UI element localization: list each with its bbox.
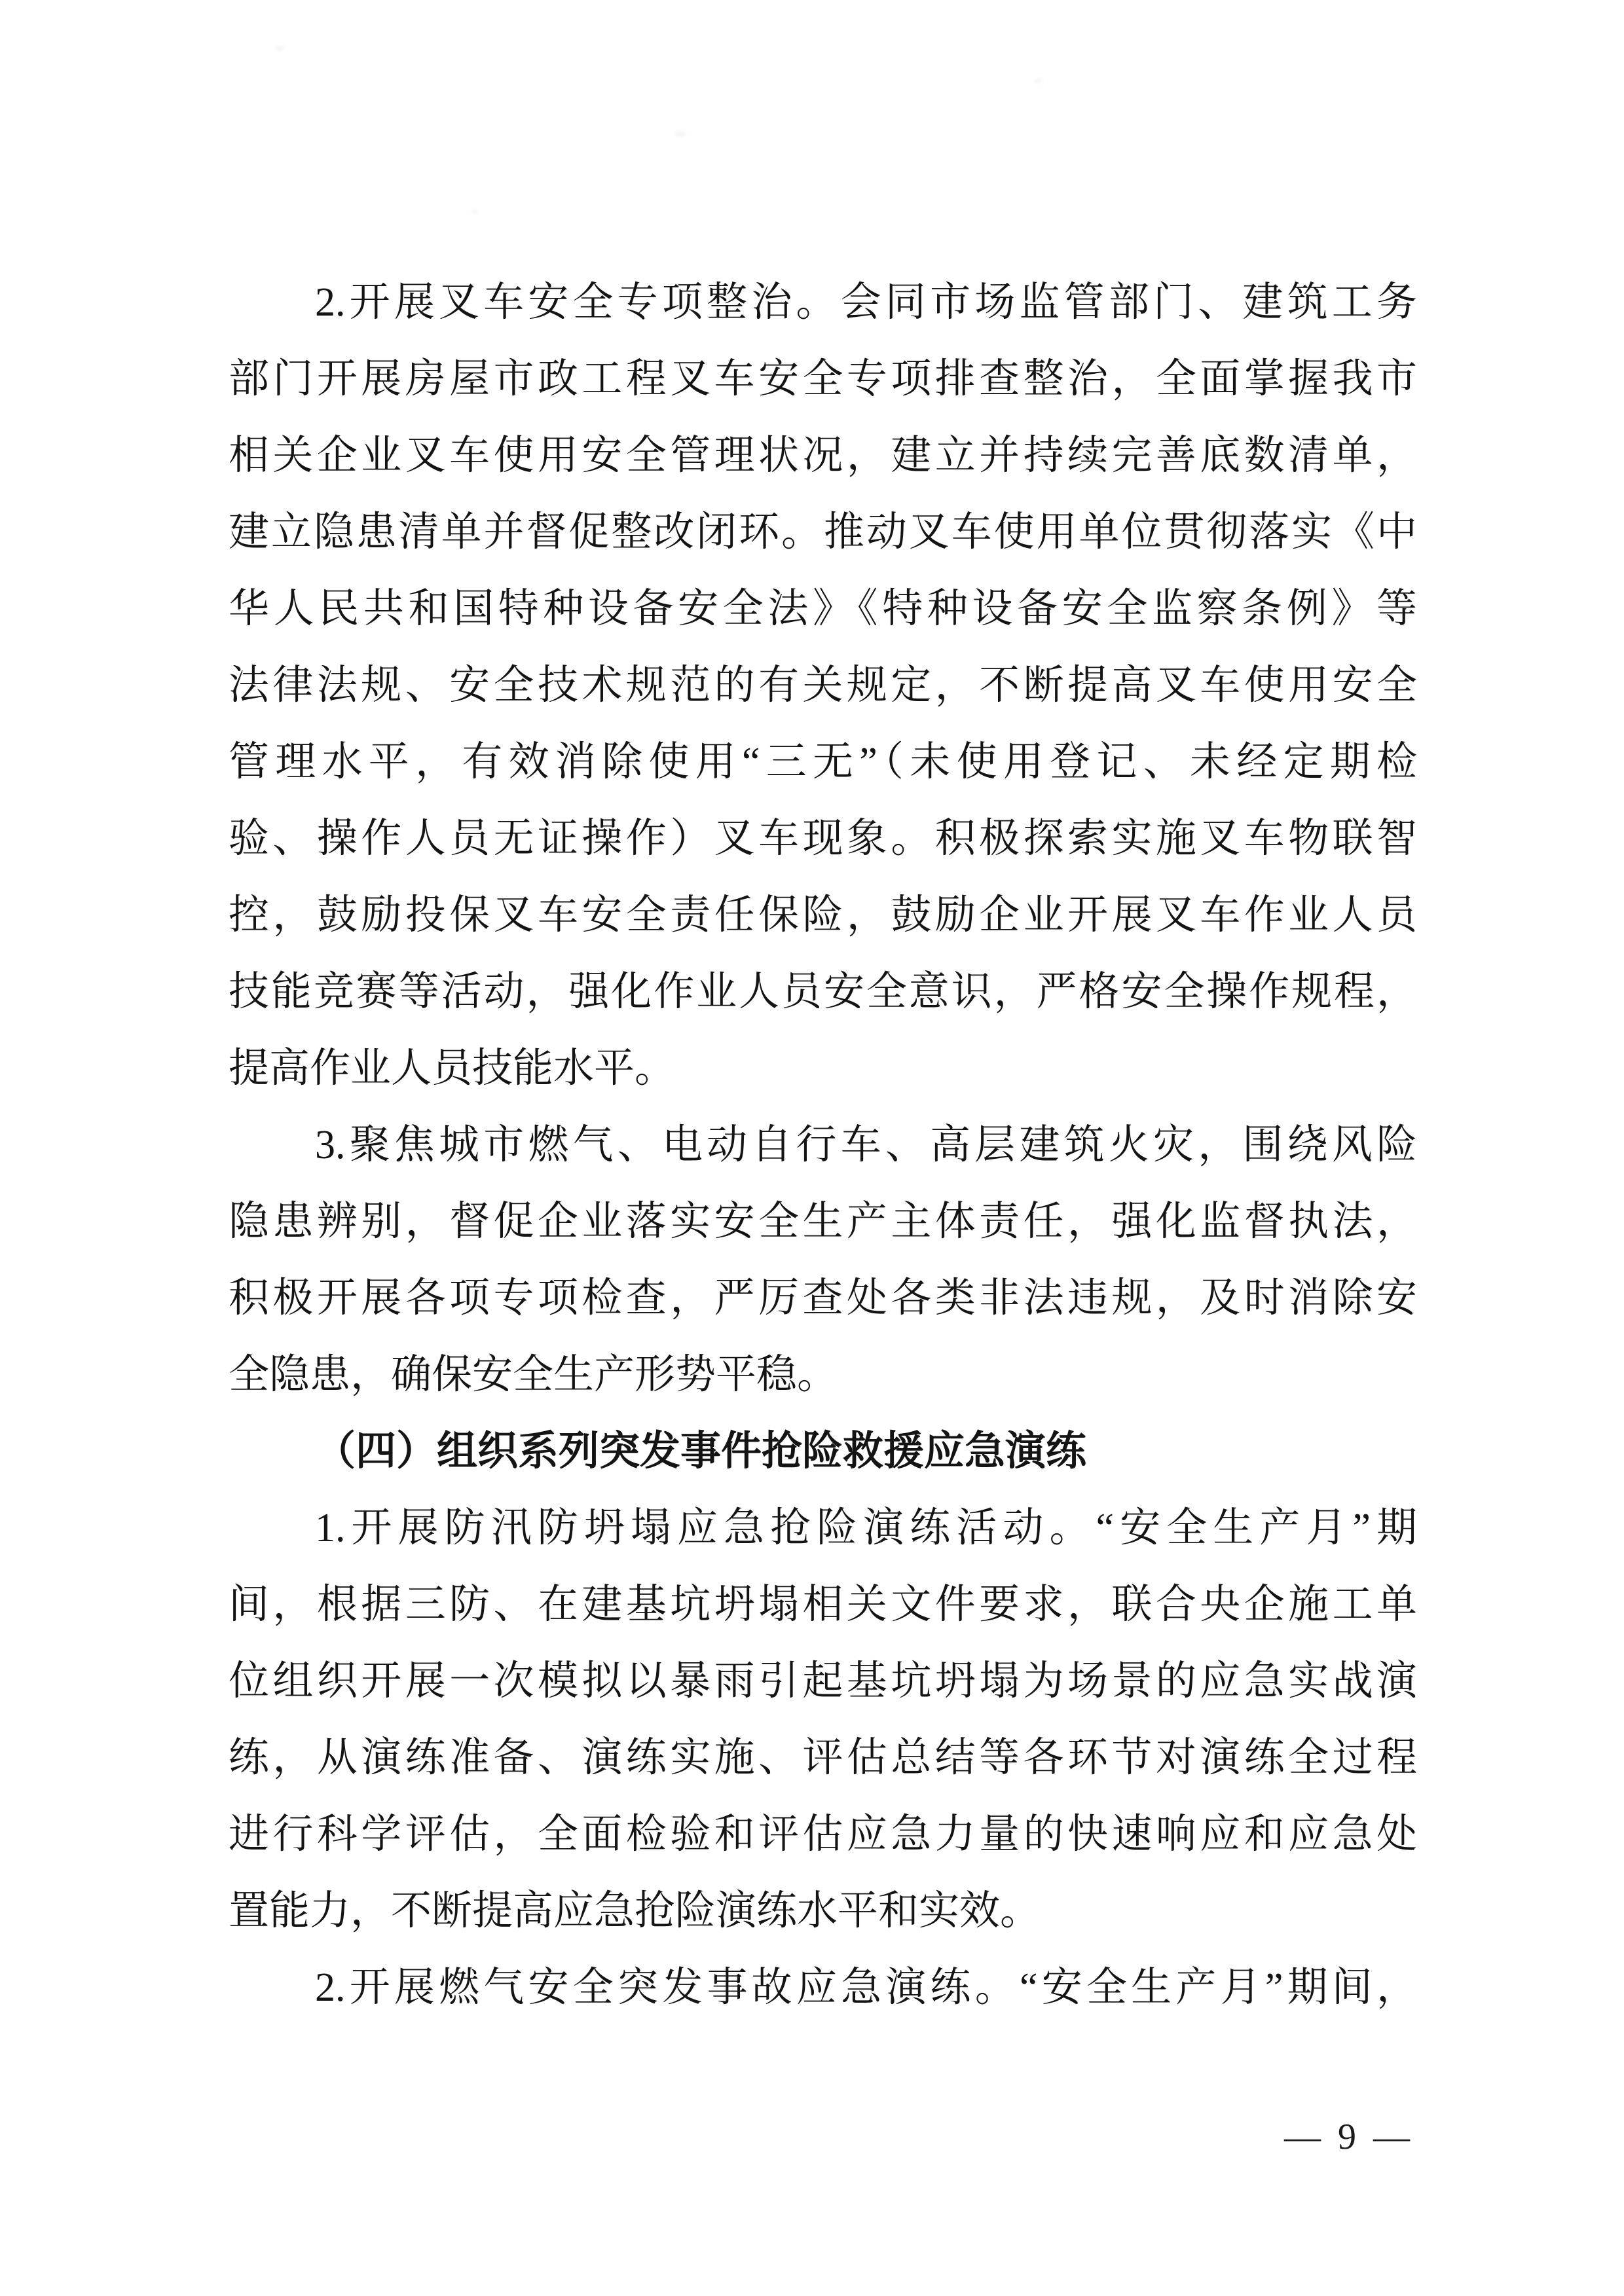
text-line: 2.开展叉车安全专项整治。会同市场监管部门、建筑工务 [229, 264, 1417, 341]
text-line: 提高作业人员技能水平。 [229, 1030, 1417, 1107]
text-line: 控，鼓励投保叉车安全责任保险，鼓励企业开展叉车作业人员 [229, 877, 1417, 954]
text-line: 位组织开展一次模拟以暴雨引起基坑坍塌为场景的应急实战演 [229, 1643, 1417, 1720]
scan-artifact [471, 210, 478, 213]
page-number: — 9 — [1261, 2116, 1437, 2158]
section-heading: （四）组织系列突发事件抢险救援应急演练 [229, 1413, 1417, 1490]
text-line: 3.聚焦城市燃气、电动自行车、高层建筑火灾，围绕风险 [229, 1107, 1417, 1184]
text-line: 2.开展燃气安全突发事故应急演练。“安全生产月”期间， [229, 1950, 1417, 2026]
text-line: 验、操作人员无证操作）叉车现象。积极探索实施叉车物联智 [229, 801, 1417, 877]
text-line: 相关企业叉车使用安全管理状况，建立并持续完善底数清单， [229, 418, 1417, 494]
text-line: 技能竞赛等活动，强化作业人员安全意识，严格安全操作规程， [229, 954, 1417, 1030]
text-line: 间，根据三防、在建基坑坍塌相关文件要求，联合央企施工单 [229, 1567, 1417, 1643]
document-page: 2.开展叉车安全专项整治。会同市场监管部门、建筑工务 部门开展房屋市政工程叉车安… [0, 0, 1624, 2296]
document-body: 2.开展叉车安全专项整治。会同市场监管部门、建筑工务 部门开展房屋市政工程叉车安… [229, 264, 1417, 2026]
scan-artifact [275, 46, 284, 51]
text-line: 全隐患，确保安全生产形势平稳。 [229, 1337, 1417, 1413]
text-line: 部门开展房屋市政工程叉车安全专项排查整治，全面掌握我市 [229, 341, 1417, 418]
text-line: 进行科学评估，全面检验和评估应急力量的快速响应和应急处 [229, 1796, 1417, 1873]
text-line: 隐患辨别，督促企业落实安全生产主体责任，强化监督执法， [229, 1184, 1417, 1260]
text-line: 积极开展各项专项检查，严厉查处各类非法违规，及时消除安 [229, 1260, 1417, 1337]
scan-artifact [1035, 79, 1043, 83]
text-line: 管理水平，有效消除使用“三无”（未使用登记、未经定期检 [229, 724, 1417, 801]
text-line: 练，从演练准备、演练实施、评估总结等各环节对演练全过程 [229, 1720, 1417, 1796]
text-line: 华人民共和国特种设备安全法》《特种设备安全监察条例》等 [229, 571, 1417, 647]
text-line: 建立隐患清单并督促整改闭环。推动叉车使用单位贯彻落实《中 [229, 494, 1417, 571]
text-line: 1.开展防汛防坍塌应急抢险演练活动。“安全生产月”期 [229, 1490, 1417, 1567]
text-line: 法律法规、安全技术规范的有关规定，不断提高叉车使用安全 [229, 647, 1417, 724]
text-line: 置能力，不断提高应急抢险演练水平和实效。 [229, 1873, 1417, 1950]
scan-artifact [674, 131, 686, 137]
